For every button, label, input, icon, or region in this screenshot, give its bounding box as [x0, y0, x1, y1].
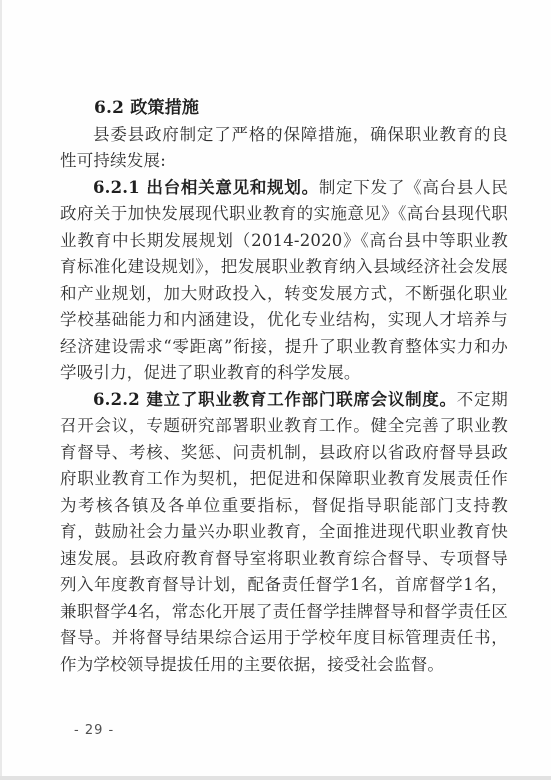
section-heading: 6.2 政策措施	[60, 95, 508, 122]
subsection-621-paragraph: 6.2.1 出台相关意见和规划。制定下发了《高台县人民政府关于加快发展现代职业教…	[60, 175, 508, 387]
subsection-622-heading: 6.2.2 建立了职业教育工作部门联席会议制度。	[93, 390, 457, 409]
document-content: 6.2 政策措施 县委县政府制定了严格的保障措施，确保职业教育的良性可持续发展:…	[60, 95, 508, 678]
subsection-621-body: 制定下发了《高台县人民政府关于加快发展现代职业教育的实施意见》《高台县现代职业教…	[60, 178, 508, 383]
page-number: - 29 -	[74, 723, 114, 738]
subsection-622-body: 不定期召开会议，专题研究部署职业教育工作。健全完善了职业教育督导、考核、奖惩、问…	[60, 390, 508, 674]
subsection-622-paragraph: 6.2.2 建立了职业教育工作部门联席会议制度。不定期召开会议，专题研究部署职业…	[60, 387, 508, 679]
page-bottom-edge-shadow	[0, 776, 551, 780]
subsection-621-heading: 6.2.1 出台相关意见和规划。	[93, 178, 319, 197]
intro-paragraph: 县委县政府制定了严格的保障措施，确保职业教育的良性可持续发展:	[60, 122, 508, 175]
page-left-edge-shadow	[0, 0, 2, 780]
document-page: 6.2 政策措施 县委县政府制定了严格的保障措施，确保职业教育的良性可持续发展:…	[0, 0, 551, 780]
